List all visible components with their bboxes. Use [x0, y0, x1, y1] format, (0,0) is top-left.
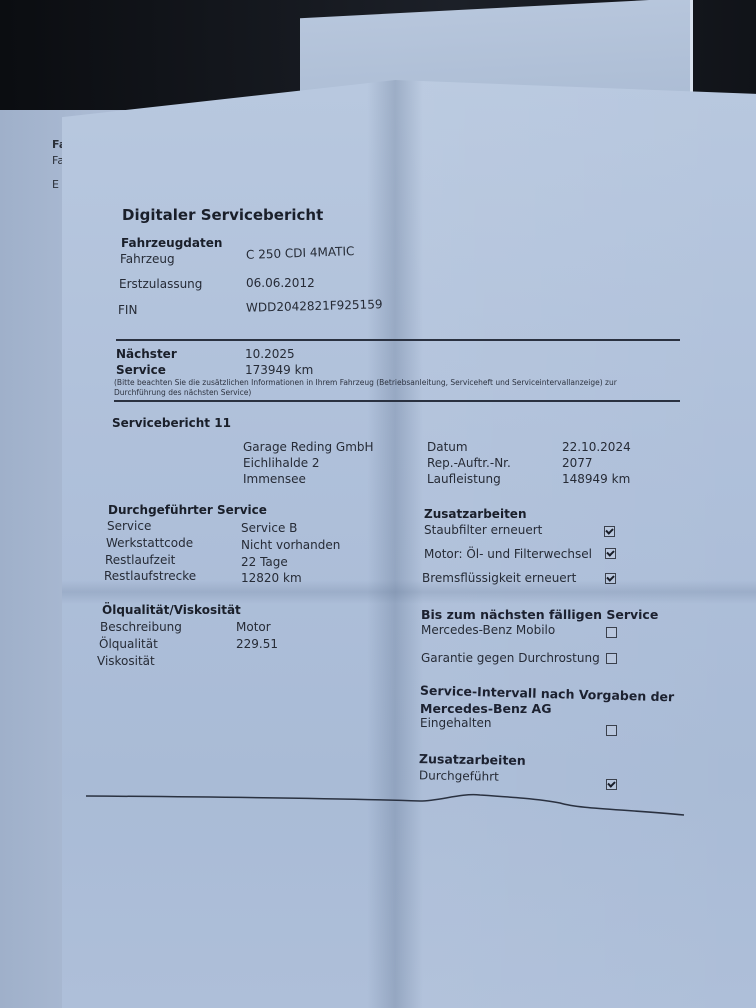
additional-work-item: Bremsflüssigkeit erneuert [422, 571, 576, 585]
date-value: 22.10.2024 [562, 440, 631, 454]
workshop-code-label: Werkstattcode [106, 536, 193, 550]
vin-label: FIN [118, 303, 137, 317]
mobilo-label: Mercedes-Benz Mobilo [421, 623, 555, 637]
checkbox-brake-fluid [605, 573, 616, 584]
bottom-divider [80, 785, 700, 825]
next-service-label-1: Nächster [116, 347, 177, 361]
checkbox-rust-warranty [606, 653, 617, 664]
oil-heading: Ölqualität/Viskosität [102, 603, 241, 617]
mileage-label: Laufleistung [427, 472, 501, 486]
report-heading: Servicebericht 11 [112, 416, 231, 430]
additional-work-item: Staubfilter erneuert [424, 523, 542, 537]
next-service-label-2: Service [116, 363, 166, 377]
next-service-mileage: 173949 km [245, 363, 313, 377]
oil-description-value: Motor [236, 620, 271, 634]
garage-name: Garage Reding GmbH [243, 440, 374, 454]
additional-work-summary-heading: Zusatzarbeiten [419, 751, 526, 768]
performed-service-heading: Durchgeführter Service [108, 503, 267, 517]
interval-heading-2: Mercedes-Benz AG [420, 701, 552, 716]
next-service-note-1: (Bitte beachten Sie die zusätzlichen Inf… [114, 378, 617, 388]
first-registration-label: Erstzulassung [119, 277, 202, 291]
next-service-date: 10.2025 [245, 347, 295, 361]
service-value: Service B [241, 521, 297, 535]
oil-quality-label: Ölqualität [99, 637, 158, 651]
remaining-time-value: 22 Tage [241, 555, 288, 569]
date-label: Datum [427, 440, 468, 454]
interval-kept-label: Eingehalten [420, 716, 492, 730]
remaining-distance-value: 12820 km [241, 571, 302, 585]
viscosity-label: Viskosität [97, 654, 155, 668]
checkbox-mobilo [606, 627, 617, 638]
vin-value: WDD2042821F925159 [246, 297, 383, 315]
order-number-value: 2077 [562, 456, 593, 470]
mileage-value: 148949 km [562, 472, 630, 486]
until-next-heading: Bis zum nächsten fälligen Service [421, 607, 658, 622]
performed-label: Durchgeführt [419, 768, 499, 783]
remaining-distance-label: Restlaufstrecke [104, 569, 196, 583]
order-number-label: Rep.-Auftr.-Nr. [427, 456, 511, 470]
vehicle-value: C 250 CDI 4MATIC [246, 244, 355, 262]
checkbox-interval-kept [606, 725, 617, 736]
service-label: Service [107, 519, 151, 533]
checkbox-oil-change [605, 548, 616, 559]
oil-quality-value: 229.51 [236, 637, 278, 651]
checkbox-cabin-filter [604, 526, 615, 537]
document-content: Digitaler Servicebericht Fahrzeugdaten F… [0, 0, 756, 1008]
garage-city: Immensee [243, 472, 306, 486]
garage-street: Eichlihalde 2 [243, 456, 320, 470]
oil-description-label: Beschreibung [100, 620, 182, 634]
first-registration-value: 06.06.2012 [246, 276, 315, 290]
vehicle-label: Fahrzeug [120, 252, 175, 266]
remaining-time-label: Restlaufzeit [105, 553, 175, 567]
vehicle-data-heading: Fahrzeugdaten [121, 236, 222, 250]
divider [116, 339, 680, 341]
next-service-note-2: Durchführung des nächsten Service) [114, 388, 251, 398]
additional-work-item: Motor: Öl- und Filterwechsel [424, 547, 592, 561]
workshop-code-value: Nicht vorhanden [241, 538, 340, 552]
rust-warranty-label: Garantie gegen Durchrostung [421, 651, 600, 665]
additional-work-heading: Zusatzarbeiten [424, 507, 526, 521]
divider [114, 400, 680, 402]
document-title: Digitaler Servicebericht [122, 206, 323, 224]
